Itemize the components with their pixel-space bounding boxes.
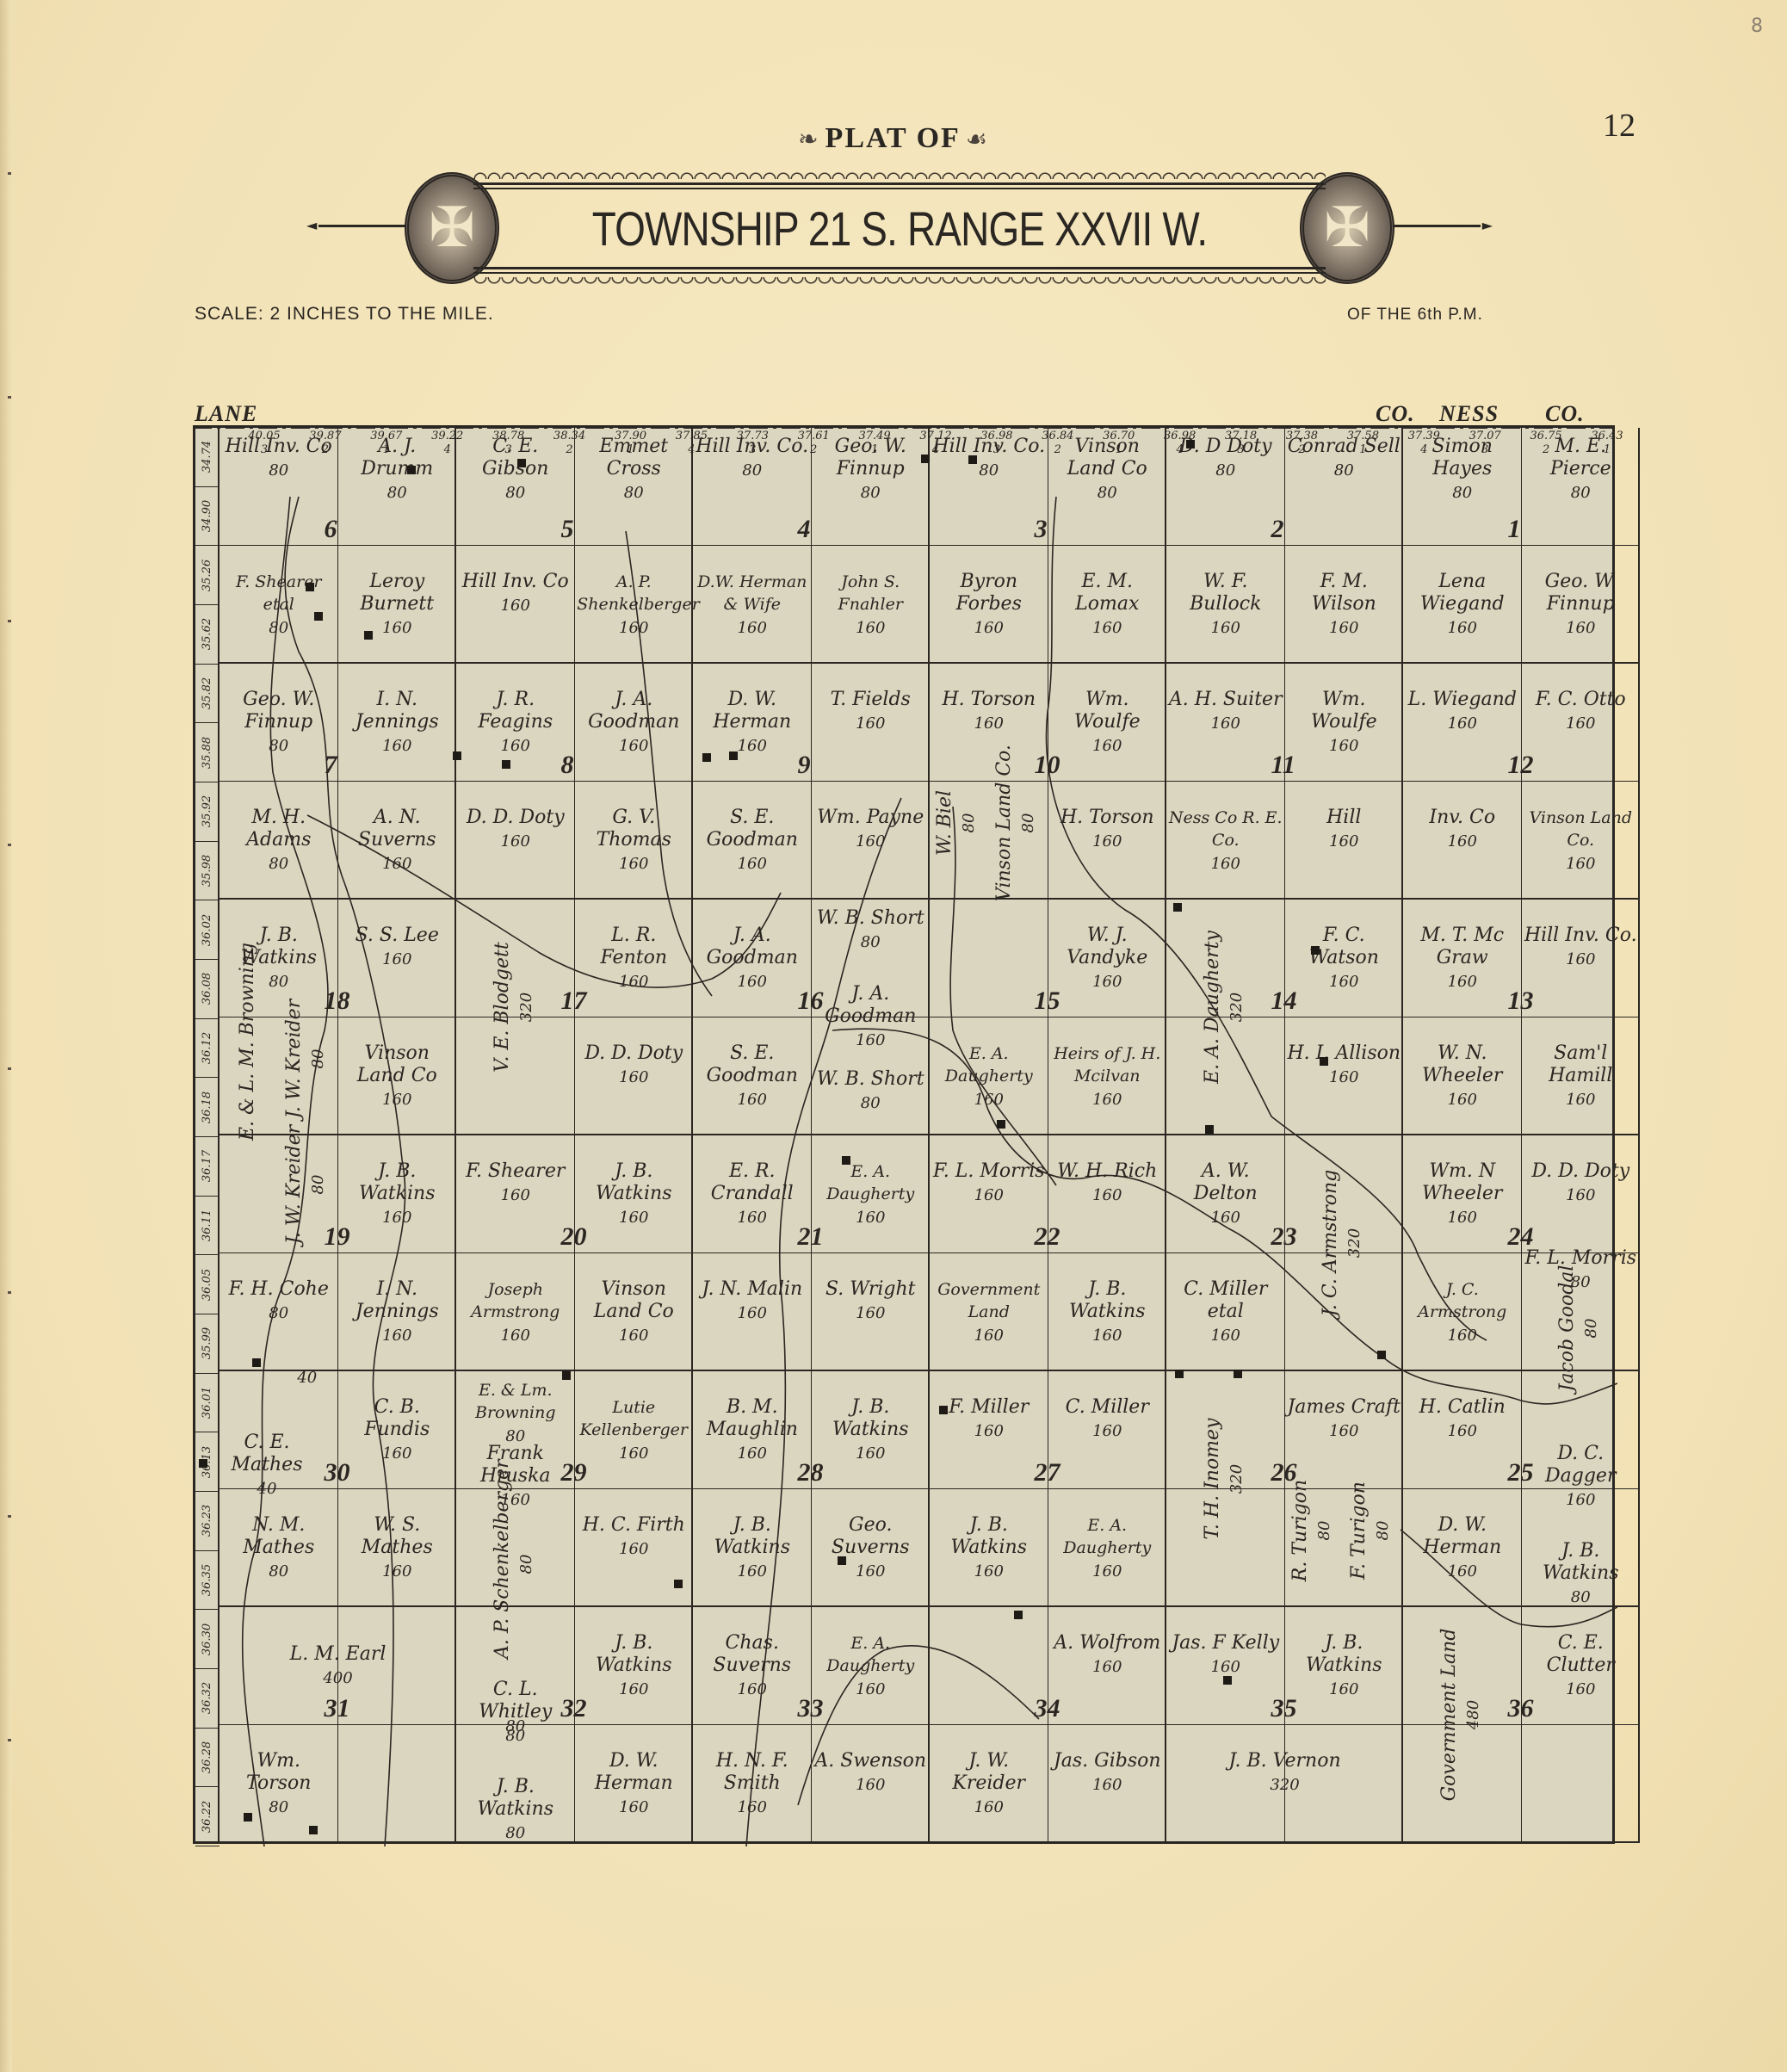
building-marker-icon	[842, 1156, 850, 1165]
building-marker-icon	[244, 1813, 252, 1822]
owner-name: H. Torson	[1050, 807, 1164, 829]
section-22: 22F. L. Morris160W. H. Rich160Government…	[930, 1135, 1166, 1371]
parcel-owner: Geo. W. Finnup80	[222, 689, 336, 759]
section-number: 5	[561, 516, 574, 542]
parcel-acreage: 160	[1287, 969, 1401, 995]
parcel-owner: D. D. Doty160	[577, 1042, 690, 1091]
parcel-owner: S. E. Goodman160	[696, 1042, 809, 1113]
quarter-line	[1521, 900, 1522, 1134]
owner-name: D. W. Herman	[1406, 1514, 1519, 1559]
owner-name: T. H. Inomey	[1202, 1384, 1224, 1574]
owner-name: H. Torson	[932, 689, 1046, 711]
building-marker-icon	[674, 1580, 683, 1588]
building-marker-icon	[199, 1459, 207, 1468]
owner-name: C. Miller etal	[1169, 1278, 1283, 1323]
owner-name: J. B. Vernon	[1228, 1750, 1342, 1772]
parcel-acreage: 160	[1050, 1559, 1164, 1585]
parcel-acreage: 160	[340, 1205, 454, 1231]
parcel-acreage: 160	[932, 1795, 1046, 1821]
owner-name: J. B. Watkins	[340, 1160, 454, 1205]
owner-name: E. A. Daugherty	[813, 1160, 927, 1205]
section-number: 22	[1035, 1224, 1060, 1250]
owner-name: H. I. Allison	[1287, 1042, 1401, 1065]
owner-name: F. Miller	[932, 1396, 1046, 1419]
parcel-acreage: 160	[577, 1795, 690, 1821]
owner-name: Wm. Payne	[813, 807, 927, 829]
building-marker-icon	[729, 751, 738, 760]
owner-name: J. B. Watkins	[577, 1632, 690, 1677]
parcel-acreage: 160	[1524, 615, 1637, 641]
parcel-owner: G. V. Thomas160	[577, 807, 690, 877]
parcel-acreage: 160	[577, 969, 690, 995]
parcel-owner: C. E. Mathes40	[210, 1432, 324, 1502]
building-marker-icon	[1186, 440, 1195, 448]
section-17: 17V. E. Blodgett320L. R. Fenton160D. D. …	[456, 900, 693, 1135]
owner-name: S. E. Goodman	[696, 1042, 809, 1087]
parcel-owner: E. M. Lomax160	[1050, 571, 1164, 641]
meridian-label: OF THE 6th P.M.	[1347, 306, 1483, 325]
building-marker-icon	[1311, 946, 1320, 955]
section-13: 13M. T. Mc Graw160Hill Inv. Co.160W. N. …	[1403, 900, 1640, 1135]
parcel-owner: Wm. Payne160	[813, 807, 927, 855]
parcel-acreage: 160	[1406, 1559, 1519, 1585]
parcel-owner: Heirs of J. H. Mcilvan160	[1050, 1042, 1164, 1113]
building-marker-icon	[306, 583, 314, 591]
parcel-owner: J. C. Armstrong160	[1406, 1278, 1519, 1349]
section-9: 9D. W. Herman160T. Fields160S. E. Goodma…	[693, 664, 930, 900]
owner-name: C. E. Clutter	[1524, 1632, 1637, 1677]
parcel-owner: J. B. Watkins160	[696, 1514, 809, 1585]
owner-name: S. S. Lee	[340, 925, 454, 947]
quarter-line	[1521, 428, 1522, 662]
west-lot-acreage: 36.02	[195, 900, 220, 960]
parcel-acreage: 160	[1406, 615, 1519, 641]
parcel-owner: L. Wiegand160	[1406, 689, 1519, 737]
owner-name: Ness Co R. E. Co.	[1169, 807, 1283, 851]
arrow-ornament-icon	[318, 225, 409, 227]
owner-name: M. H. Adams	[222, 807, 336, 851]
parcel-acreage: 160	[459, 829, 572, 855]
parcel-owner: F. C. Watson160	[1287, 925, 1401, 995]
parcel-owner: M. T. Mc Graw160	[1406, 925, 1519, 995]
owner-name: J. B. Watkins	[932, 1514, 1046, 1559]
parcel-acreage: 80	[956, 728, 982, 918]
parcel-owner: J. B. Watkins160	[340, 1160, 454, 1231]
section-15: 15W. J. Vandyke160E. A. Daugherty160Heir…	[930, 900, 1166, 1135]
quarter-line	[574, 664, 575, 898]
parcel-owner: Ness Co R. E. Co.160	[1169, 807, 1283, 877]
parcel-owner: F. L. Morris160	[932, 1160, 1046, 1209]
building-marker-icon	[1223, 1676, 1232, 1685]
owner-name: Conrad Sell	[1287, 436, 1401, 458]
parcel-acreage: 160	[696, 1205, 809, 1231]
parcel-acreage: 160	[813, 1772, 927, 1798]
quarter-line	[574, 1371, 575, 1605]
parcel-acreage: 80	[340, 480, 454, 506]
parcel-owner: Leroy Burnett160	[340, 571, 454, 641]
owner-name: G. V. Thomas	[577, 807, 690, 851]
owner-name: E. A. Daugherty	[1050, 1514, 1164, 1559]
parcel-acreage: 160	[1287, 1677, 1401, 1703]
quarter-line	[811, 664, 812, 898]
owner-name: W. H. Rich	[1050, 1160, 1164, 1183]
parcel-acreage: 160	[340, 733, 454, 759]
section-31: 31L. M. Earl400Wm. Torson80	[220, 1607, 456, 1843]
owner-name: W. J. Vandyke	[1050, 925, 1164, 969]
owner-name: D.W. Herman & Wife	[696, 571, 809, 615]
parcel-owner: J. B. Vernon320	[1228, 1750, 1342, 1798]
owner-name: James Craft	[1287, 1396, 1401, 1419]
parcel-acreage: 40	[250, 1365, 364, 1391]
owner-name: J. A. Goodman	[696, 925, 809, 969]
owner-name: Hill Inv. Co	[459, 571, 572, 593]
parcel-owner: Hill Inv. Co.80	[696, 436, 809, 484]
parcel-owner: A. P. Shenkelberger160	[577, 571, 690, 641]
parcel-owner: J. B. Watkins160	[1287, 1632, 1401, 1703]
owner-name: Geo. Suverns	[813, 1514, 927, 1559]
parcel-acreage: 160	[1524, 1488, 1637, 1513]
quarter-line	[574, 1607, 575, 1841]
owner-name: Hill Inv. Co.	[1524, 925, 1637, 947]
parcel-owner: W. J. Vandyke160	[1050, 925, 1164, 995]
owner-name: L. R. Fenton	[577, 925, 690, 969]
parcel-owner: H. C. Firth160	[577, 1514, 690, 1562]
owner-name: A. Swenson	[813, 1750, 927, 1772]
county-label-lane: LANE	[195, 401, 257, 427]
parcel-owner: Hill Inv. Co160	[459, 571, 572, 619]
parcel-owner: W. B. Short80	[813, 1068, 927, 1116]
parcel-owner: J. A. Goodman160	[813, 983, 927, 1054]
parcel-owner: E. & L. M. Browning	[237, 951, 259, 1141]
owner-name: A. Wolfrom	[1050, 1632, 1164, 1655]
parcel-acreage: 160	[813, 1441, 927, 1467]
owner-name: V. E. Blodgett	[492, 912, 514, 1102]
owner-name: E. & Lm. Browning	[459, 1379, 572, 1424]
parcel-owner: Byron Forbes160	[932, 571, 1046, 641]
owner-name: Inv. Co	[1406, 807, 1519, 829]
parcel-owner: W. F. Bullock160	[1169, 571, 1283, 641]
section-35: 35Jas. F Kelly160J. B. Watkins160J. B. V…	[1166, 1607, 1403, 1843]
parcel-acreage: 160	[932, 1183, 1046, 1209]
parcel-acreage: 160	[1406, 711, 1519, 737]
owner-name: J. B. Watkins	[577, 1160, 690, 1205]
owner-name: M. T. Mc Graw	[1406, 925, 1519, 969]
parcel-acreage: 80	[1370, 1436, 1396, 1625]
west-lot-acreage: 36.28	[195, 1729, 220, 1788]
section-10: 10H. Torson160Wm. Woulfe160W. Biel80Vins…	[930, 664, 1166, 900]
parcel-acreage: 160	[1169, 851, 1283, 877]
owner-name: Chas. Suverns	[696, 1632, 809, 1677]
quarter-line	[337, 1135, 338, 1370]
parcel-acreage: 160	[1050, 829, 1164, 855]
quarter-line	[1284, 1135, 1285, 1370]
building-marker-icon	[1234, 1370, 1242, 1378]
owner-name: W. F. Bullock	[1169, 571, 1283, 615]
scallop-border	[473, 170, 1326, 179]
parcel-owner: D. W. Herman160	[1406, 1514, 1519, 1585]
parcel-acreage: 80	[459, 1821, 572, 1846]
building-marker-icon	[1320, 1057, 1328, 1066]
parcel-acreage: 160	[1050, 615, 1164, 641]
owner-name: Geo. W. Finnup	[1524, 571, 1637, 615]
parcel-owner: C. Miller etal160	[1169, 1278, 1283, 1349]
parcel-owner: N. M. Mathes80	[222, 1514, 336, 1585]
title-cartouche: ✠ ✠ TOWNSHIP 21 S. RANGE XXVII W.	[318, 164, 1481, 293]
owner-name: J. B. Watkins	[1287, 1632, 1401, 1677]
parcel-owner: Vinson Land Co160	[340, 1042, 454, 1113]
parcel-owner: J. W. Kreider80	[283, 1090, 331, 1279]
west-lot-acreage: 36.30	[195, 1610, 220, 1669]
owner-name: D. W. Herman	[577, 1750, 690, 1795]
parcel-acreage: 160	[696, 1677, 809, 1703]
parcel-owner: Jas. F Kelly160	[1169, 1632, 1283, 1680]
parcel-acreage: 160	[577, 1065, 690, 1091]
quarter-line	[1048, 664, 1048, 898]
parcel-acreage: 160	[1524, 1183, 1637, 1209]
parcel-owner: Hill160	[1287, 807, 1401, 855]
owner-name: F. L. Morris	[932, 1160, 1046, 1183]
parcel-owner: C. Miller160	[1050, 1396, 1164, 1444]
section-24: 24Wm. N Wheeler160D. D. Doty160J. C. Arm…	[1403, 1135, 1640, 1371]
west-lot-acreage: 36.18	[195, 1078, 220, 1137]
parcel-owner: C. B. Fundis160	[340, 1396, 454, 1467]
section-23: 23A. W. Delton160J. C. Armstrong320C. Mi…	[1166, 1135, 1403, 1371]
owner-name: D. D. Doty	[1524, 1160, 1637, 1183]
owner-name: C. E. Gibson	[459, 436, 572, 480]
parcel-owner: Wm. Torson80	[222, 1750, 336, 1821]
owner-name: J. C. Armstrong	[1406, 1278, 1519, 1323]
owner-name: J. B. Watkins	[1050, 1278, 1164, 1323]
parcel-acreage: 160	[1406, 1419, 1519, 1444]
owner-name: F. C. Watson	[1287, 925, 1401, 969]
owner-name: W. N. Wheeler	[1406, 1042, 1519, 1087]
section-20: 20F. Shearer160J. B. Watkins160Joseph Ar…	[456, 1135, 693, 1371]
quarter-line	[1521, 1607, 1522, 1841]
parcel-acreage: 160	[813, 829, 927, 855]
parcel-owner: Jas. Gibson160	[1050, 1750, 1164, 1798]
parcel-owner: M. H. Adams80	[222, 807, 336, 877]
building-marker-icon	[838, 1556, 846, 1565]
quarter-line	[1284, 428, 1285, 662]
owner-name: F. M. Wilson	[1287, 571, 1401, 615]
parcel-acreage: 160	[340, 1087, 454, 1113]
west-lot-acreage: 36.11	[195, 1197, 220, 1256]
west-lot-acreage: 36.05	[195, 1255, 220, 1314]
owner-name: Vinson Land Co.	[993, 728, 1016, 918]
owner-name: Vinson Land Co	[340, 1042, 454, 1087]
owner-name: E. A. Daugherty	[813, 1632, 927, 1677]
parcel-owner: V. E. Blodgett320	[492, 912, 540, 1102]
parcel-acreage: 160	[1287, 829, 1401, 855]
county-label-co: CO.	[1545, 401, 1585, 427]
owner-name: Lena Wiegand	[1406, 571, 1519, 615]
parcel-acreage: 160	[696, 733, 809, 759]
building-marker-icon	[252, 1358, 261, 1367]
parcel-acreage: 480	[1461, 1620, 1487, 1809]
section-number: 3	[1035, 516, 1048, 542]
west-lot-acreage: 34.74	[195, 428, 220, 487]
parcel-acreage: 400	[281, 1666, 395, 1692]
owner-name: E. M. Lomax	[1050, 571, 1164, 615]
quarter-line	[1048, 1371, 1048, 1605]
parcel-acreage: 320	[1342, 1148, 1368, 1338]
quarter-line	[1284, 900, 1285, 1134]
parcel-owner: Joseph Armstrong160	[459, 1278, 572, 1349]
parcel-acreage: 160	[696, 615, 809, 641]
owner-name: H. Catlin	[1406, 1396, 1519, 1419]
parcel-owner: F. H. Cohe80	[222, 1278, 336, 1327]
section-number: 2	[1271, 516, 1284, 542]
parcel-acreage: 80	[1524, 480, 1637, 506]
parcel-owner: T. H. Inomey320	[1202, 1384, 1250, 1574]
parcel-acreage: 160	[459, 733, 572, 759]
parcel-acreage: 160	[1524, 947, 1637, 973]
parcel-owner: C. E. Clutter160	[1524, 1632, 1637, 1703]
parcel-acreage: 80	[813, 480, 927, 506]
section-5: 5C. E. Gibson80Emmet Cross80Hill Inv. Co…	[456, 428, 693, 664]
parcel-acreage: 160	[932, 615, 1046, 641]
parcel-owner: A. W. Delton160	[1169, 1160, 1283, 1231]
building-marker-icon	[314, 612, 323, 621]
parcel-owner: F. M. Wilson160	[1287, 571, 1401, 641]
section-number: 34	[1035, 1696, 1060, 1722]
owner-name: W. B. Short	[813, 907, 927, 930]
parcel-owner: Geo. W. Finnup160	[1524, 571, 1637, 641]
parcel-owner: J. A. Goodman160	[577, 689, 690, 759]
owner-name: Wm. Woulfe	[1050, 689, 1164, 733]
parcel-owner: T. Fields160	[813, 689, 927, 737]
owner-name: J. B. Watkins	[1524, 1540, 1637, 1585]
owner-name: J. B. Watkins	[459, 1776, 572, 1821]
section-4: 4Hill Inv. Co.80Geo. W. Finnup80D.W. Her…	[693, 428, 930, 664]
parcel-owner: D. W. Herman160	[577, 1750, 690, 1821]
owner-name: R. Turigon	[1289, 1436, 1312, 1625]
parcel-acreage: 80	[222, 733, 336, 759]
section-number: 4	[798, 516, 811, 542]
quarter-line	[1284, 1607, 1285, 1841]
owner-name: Wm. N Wheeler	[1406, 1160, 1519, 1205]
parcel-acreage: 160	[1406, 969, 1519, 995]
quarter-line	[337, 664, 338, 898]
parcel-owner: Chas. Suverns160	[696, 1632, 809, 1703]
quarter-line	[337, 900, 338, 1134]
parcel-owner: S. Wright160	[813, 1278, 927, 1327]
parcel-owner: Vinson Land Co.160	[1524, 807, 1637, 877]
parcel-acreage: 160	[696, 969, 809, 995]
parcel-owner: Lena Wiegand160	[1406, 571, 1519, 641]
parcel-acreage: 160	[1169, 1323, 1283, 1349]
parcel-acreage: 160	[1050, 1323, 1164, 1349]
quarter-line	[1284, 1371, 1285, 1605]
west-lot-acreage: 36.12	[195, 1019, 220, 1079]
quarter-line	[811, 1607, 812, 1841]
parcel-owner: D. D. Doty160	[459, 807, 572, 855]
section-number: 27	[1035, 1460, 1060, 1486]
section-3: 3Hill Inv. Co.80Vinson Land Co80Byron Fo…	[930, 428, 1166, 664]
parcel-acreage: 160	[813, 1559, 927, 1585]
parcel-owner: J. B. Watkins160	[577, 1160, 690, 1231]
owner-name: Wm. Torson	[222, 1750, 336, 1795]
parcel-owner: B. M. Maughlin160	[696, 1396, 809, 1467]
township-title: TOWNSHIP 21 S. RANGE XXVII W.	[578, 196, 1221, 260]
section-number: 31	[325, 1696, 350, 1722]
parcel-owner: W. Biel80	[934, 728, 982, 918]
parcel-owner: E. A. Daugherty160	[932, 1042, 1046, 1113]
parcel-acreage: 160	[1050, 969, 1164, 995]
parcel-acreage: 80	[1287, 458, 1401, 484]
parcel-acreage: 160	[577, 1537, 690, 1562]
parcel-acreage: 320	[1224, 912, 1250, 1102]
quarter-line	[1521, 1371, 1522, 1605]
owner-name: Hill	[1287, 807, 1401, 829]
parcel-owner: Vinson Land Co80	[1050, 436, 1164, 506]
page-binding-edge	[0, 0, 12, 2072]
parcel-acreage: 160	[1524, 711, 1637, 737]
plat-of-heading: ❧PLAT OF☙	[0, 122, 1787, 155]
parcel-owner: A. H. Suiter160	[1169, 689, 1283, 737]
owner-name: F. C. Otto	[1524, 689, 1637, 711]
parcel-owner: E. A. Daugherty160	[1050, 1514, 1164, 1585]
parcel-owner: Simon Hayes80	[1406, 436, 1519, 506]
owner-name: L. M. Earl	[281, 1643, 395, 1666]
parcel-acreage: 160	[813, 1301, 927, 1327]
parcel-owner: H. N. F. Smith160	[696, 1750, 809, 1821]
parcel-acreage: 160	[696, 1301, 809, 1327]
parcel-owner: W. S. Mathes160	[340, 1514, 454, 1585]
section-14: 14E. A. Daugherty320F. C. Watson160H. I.…	[1166, 900, 1403, 1135]
parcel-acreage: 160	[932, 1559, 1046, 1585]
owner-name: J. A. Goodman	[813, 983, 927, 1028]
owner-name: I. N. Jennings	[340, 689, 454, 733]
owner-name: D. D. Doty	[459, 807, 572, 829]
parcel-owner: Wm. Woulfe160	[1287, 689, 1401, 759]
parcel-owner: E. A. Daugherty160	[813, 1160, 927, 1231]
building-marker-icon	[1014, 1611, 1023, 1619]
parcel-acreage: 160	[340, 851, 454, 877]
owner-name: T. Fields	[813, 689, 927, 711]
parcel-acreage: 160	[696, 1795, 809, 1821]
quarter-line	[574, 428, 575, 662]
parcel-owner: D. C. Dagger160	[1524, 1443, 1637, 1513]
arrow-ornament-icon	[1390, 225, 1481, 227]
parcel-owner: Inv. Co160	[1406, 807, 1519, 855]
parcel-acreage: 80	[696, 458, 809, 484]
parcel-owner: M. E. Pierce80	[1524, 436, 1637, 506]
section-2: 2D. D Doty80Conrad Sell80W. F. Bullock16…	[1166, 428, 1403, 664]
parcel-acreage: 160	[932, 1419, 1046, 1444]
quarter-line	[337, 1607, 338, 1841]
owner-name: Sam'l Hamill	[1524, 1042, 1637, 1087]
parcel-acreage: 80	[1312, 1436, 1338, 1625]
west-lot-acreage: 35.62	[195, 605, 220, 665]
owner-name: J. B. Watkins	[696, 1514, 809, 1559]
building-marker-icon	[407, 466, 416, 474]
owner-name: Geo. W. Finnup	[222, 689, 336, 733]
parcel-acreage: 160	[813, 1677, 927, 1703]
owner-name: M. E. Pierce	[1524, 436, 1637, 480]
parcel-owner: Geo. W. Finnup80	[813, 436, 927, 506]
margin-note: 8	[1751, 15, 1763, 37]
parcel-acreage: 160	[577, 1205, 690, 1231]
owner-name: F. Shearer etal	[222, 571, 336, 615]
building-marker-icon	[1377, 1351, 1386, 1359]
owner-name: Emmet Cross	[577, 436, 690, 480]
parcel-owner: D. D. Doty160	[1524, 1160, 1637, 1209]
parcel-owner: W. B. Short80	[813, 907, 927, 956]
parcel-owner: J. N. Malin160	[696, 1278, 809, 1327]
parcel-owner: Government Land160	[932, 1278, 1046, 1349]
section-18: 18J. B. Watkins80S. S. Lee160E. & L. M. …	[220, 900, 456, 1135]
